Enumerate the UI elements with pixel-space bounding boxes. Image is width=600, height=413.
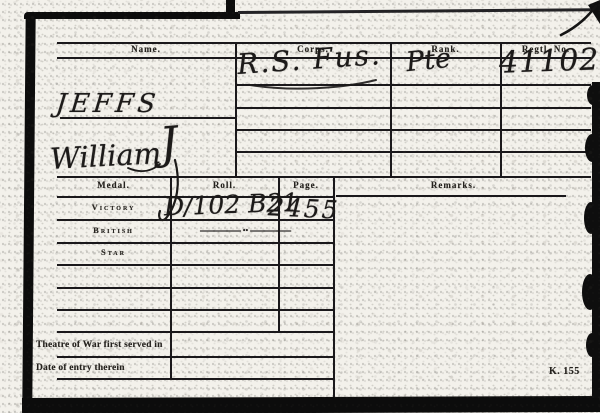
forename-handwritten: William (49, 136, 162, 176)
victory-page-handwritten: 2455 (267, 192, 340, 225)
medal-index-card-scan: Name. Corps. Rank. Regtl. No. Medal. Rol… (0, 0, 600, 413)
british-ditto-dash-handwritten: ――― ·· ――― (200, 221, 289, 239)
surname-handwritten: JEFFS (54, 89, 160, 119)
rank-handwritten: Pte (405, 43, 453, 79)
initial-handwritten: J (158, 117, 180, 169)
form-reference-number: K. 155 (549, 366, 600, 377)
regtl-no-handwritten: 41102 (498, 42, 600, 80)
